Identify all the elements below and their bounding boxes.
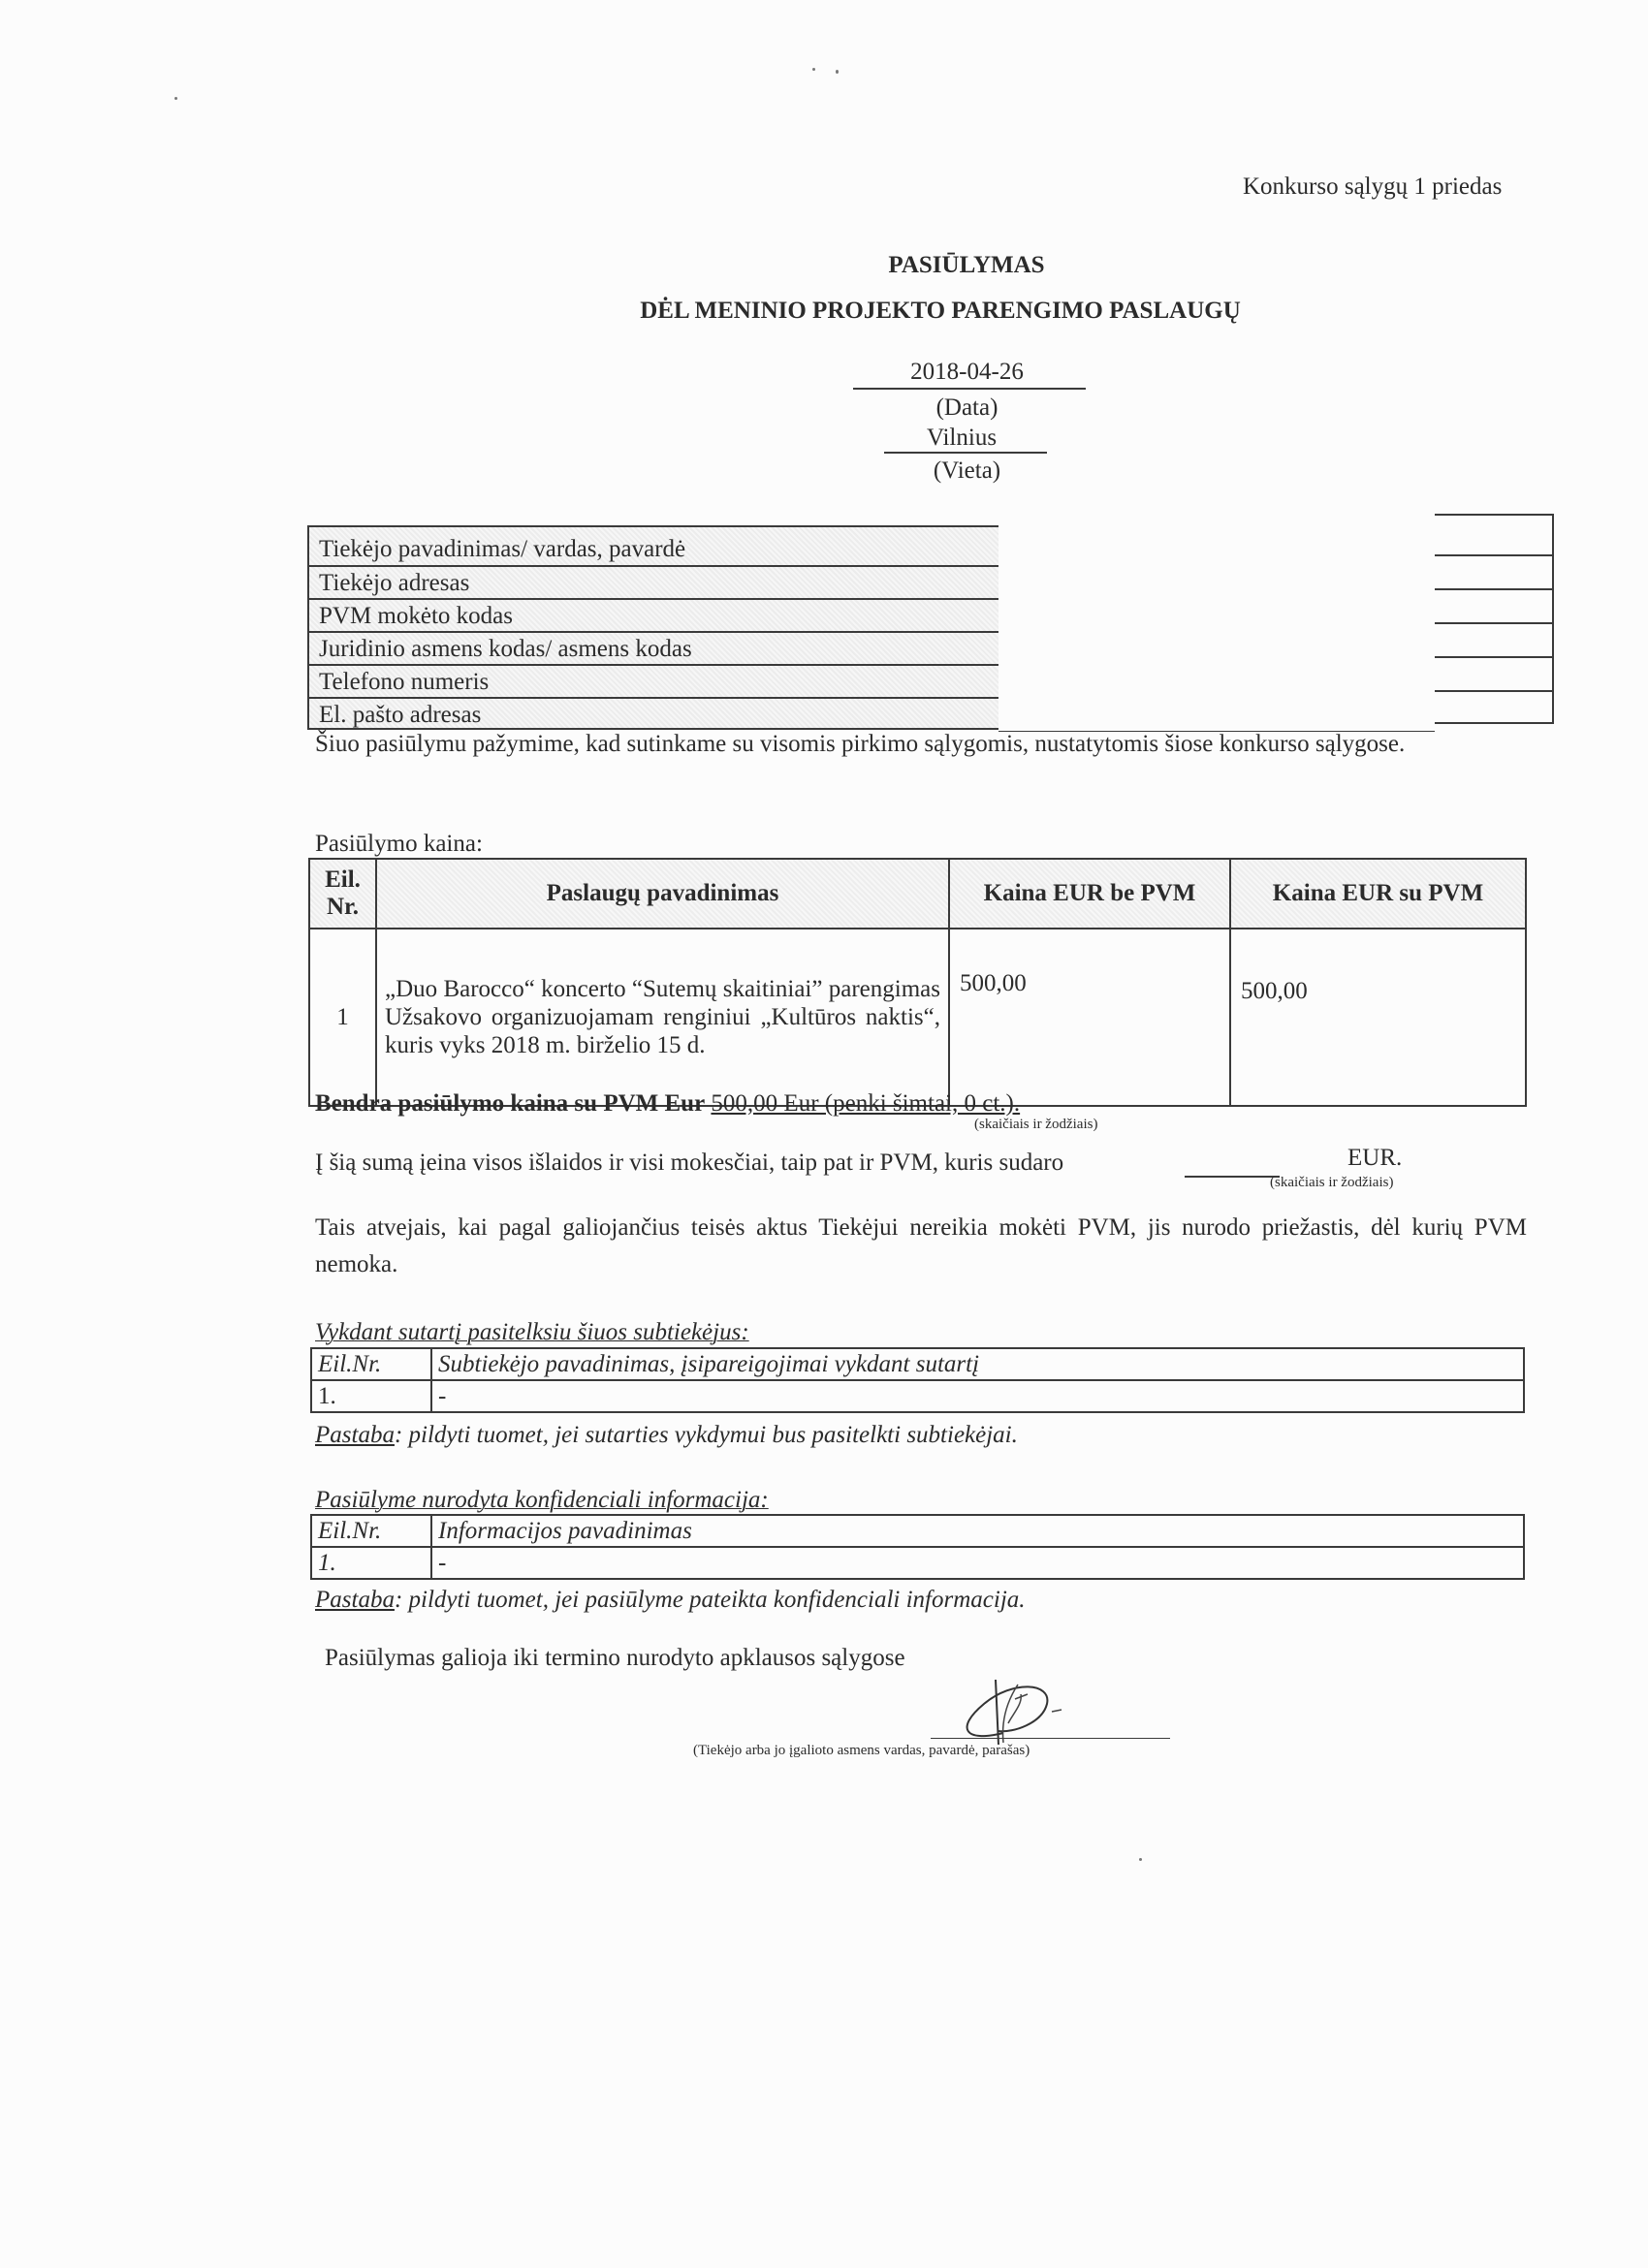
col-name-header: Paslaugų pavadinimas (376, 859, 949, 929)
vat-amount-blank (1185, 1176, 1280, 1178)
col-no-header: Eil. Nr. (309, 859, 376, 929)
place-label: (Vieta) (853, 457, 1081, 486)
confidential-note: Pastaba: pildyti tuomet, jei pasiūlyme p… (315, 1586, 1026, 1615)
confidential-col-name: Informacijos pavadinimas (431, 1515, 1524, 1547)
row-price-no-vat: 500,00 (949, 929, 1230, 1106)
document-title: PASIŪLYMAS (0, 251, 1648, 280)
confidential-note-label: Pastaba (315, 1587, 395, 1613)
supplier-name-label: Tiekėjo pavadinimas/ vardas, pavardė (319, 536, 685, 562)
vat-sentence-text: Į šią sumą įeina visos išlaidos ir visi … (315, 1150, 1063, 1176)
subcontractors-note-label: Pastaba (315, 1422, 395, 1448)
row-service-name: „Duo Barocco“ koncerto “Sutemų skaitinia… (376, 929, 949, 1106)
supplier-address-value (1435, 554, 1554, 588)
vat-code-value (1435, 588, 1554, 622)
supplier-values-column (1435, 514, 1554, 724)
email-value (1435, 690, 1554, 724)
confidential-table: Eil.Nr. Informacijos pavadinimas 1. - (310, 1514, 1525, 1580)
confidential-row: 1. - (311, 1547, 1524, 1579)
confidential-note-text: : pildyti tuomet, jei pasiūlyme pateikta… (395, 1587, 1026, 1613)
supplier-info-table: Tiekėjo pavadinimas/ vardas, pavardė Tie… (307, 525, 998, 730)
vat-unit: EUR. (1347, 1144, 1402, 1173)
total-value: 500,00 Eur (penki šimtai, 0 ct.). (711, 1090, 1020, 1117)
annex-label: Konkurso sąlygų 1 priedas (1243, 173, 1502, 202)
date-label: (Data) (853, 394, 1081, 423)
phone-value (1435, 656, 1554, 690)
row-no: 1 (309, 929, 376, 1106)
scan-speck (812, 68, 815, 71)
subcontractor-name: - (431, 1380, 1524, 1412)
subcontractors-table: Eil.Nr. Subtiekėjo pavadinimas, įsiparei… (310, 1347, 1525, 1413)
email-row: El. pašto adresas (307, 697, 998, 730)
col-price-with-vat-header: Kaina EUR su PVM (1230, 859, 1526, 929)
price-table-row: 1 „Duo Barocco“ koncerto “Sutemų skaitin… (309, 929, 1526, 1106)
confidential-no: 1. (311, 1547, 431, 1579)
total-line: Bendra pasiūlymo kaina su PVM Eur 500,00… (315, 1089, 1020, 1118)
supplier-name-value (1435, 514, 1554, 554)
scan-speck (1139, 1858, 1142, 1861)
confidential-header: Eil.Nr. Informacijos pavadinimas (311, 1515, 1524, 1547)
vat-sentence: Į šią sumą įeina visos išlaidos ir visi … (315, 1149, 1063, 1178)
total-caption: (skaičiais ir žodžiais) (974, 1117, 1097, 1133)
signature-line (931, 1738, 1170, 1739)
place-underline (884, 452, 1047, 454)
place-value: Vilnius (884, 424, 1039, 453)
scan-speck (836, 70, 839, 74)
email-label: El. pašto adresas (319, 702, 481, 728)
supplier-address-row: Tiekėjo adresas (307, 565, 998, 598)
phone-label: Telefono numeris (319, 669, 489, 695)
price-section-label: Pasiūlymo kaina: (315, 830, 483, 859)
company-code-row: Juridinio asmens kodas/ asmens kodas (307, 631, 998, 664)
price-table: Eil. Nr. Paslaugų pavadinimas Kaina EUR … (308, 858, 1527, 1107)
document-subtitle: DĖL MENINIO PROJEKTO PARENGIMO PASLAUGŲ (0, 297, 1648, 326)
row-price-with-vat: 500,00 (1230, 929, 1526, 1106)
supplier-address-label: Tiekėjo adresas (319, 570, 469, 596)
no-vat-paragraph: Tais atvejais, kai pagal galiojančius te… (315, 1210, 1527, 1283)
confidential-name: - (431, 1547, 1524, 1579)
agreement-paragraph: Šiuo pasiūlymu pažymime, kad sutinkame s… (315, 727, 1532, 761)
supplier-name-row: Tiekėjo pavadinimas/ vardas, pavardė (307, 525, 998, 565)
company-code-value (1435, 622, 1554, 656)
subcontractors-header: Eil.Nr. Subtiekėjo pavadinimas, įsiparei… (311, 1348, 1524, 1380)
signature-caption: (Tiekėjo arba jo įgalioto asmens vardas,… (693, 1743, 1030, 1759)
price-table-header: Eil. Nr. Paslaugų pavadinimas Kaina EUR … (309, 859, 1526, 929)
vat-caption: (skaičiais ir žodžiais) (1270, 1175, 1393, 1191)
total-label: Bendra pasiūlymo kaina su PVM Eur (315, 1090, 705, 1117)
scan-speck (174, 97, 177, 100)
col-price-no-vat-header: Kaina EUR be PVM (949, 859, 1230, 929)
vat-code-label: PVM mokėto kodas (319, 603, 513, 629)
confidential-label: Pasiūlyme nurodyta konfidenciali informa… (315, 1486, 769, 1515)
subcontractors-col-name: Subtiekėjo pavadinimas, įsipareigojimai … (431, 1348, 1524, 1380)
subcontractors-note-text: : pildyti tuomet, jei sutarties vykdymui… (395, 1422, 1018, 1448)
subcontractors-col-no: Eil.Nr. (311, 1348, 431, 1380)
company-code-label: Juridinio asmens kodas/ asmens kodas (319, 636, 692, 662)
phone-row: Telefono numeris (307, 664, 998, 697)
validity-text: Pasiūlymas galioja iki termino nurodyto … (325, 1644, 905, 1673)
confidential-col-no: Eil.Nr. (311, 1515, 431, 1547)
vat-code-row: PVM mokėto kodas (307, 598, 998, 631)
subcontractors-label: Vykdant sutartį pasitelksiu šiuos subtie… (315, 1318, 749, 1347)
date-value: 2018-04-26 (853, 358, 1081, 387)
subcontractors-note: Pastaba: pildyti tuomet, jei sutarties v… (315, 1421, 1018, 1450)
date-underline (853, 388, 1086, 390)
subcontractor-no: 1. (311, 1380, 431, 1412)
signature-icon (945, 1675, 1091, 1748)
subcontractors-row: 1. - (311, 1380, 1524, 1412)
